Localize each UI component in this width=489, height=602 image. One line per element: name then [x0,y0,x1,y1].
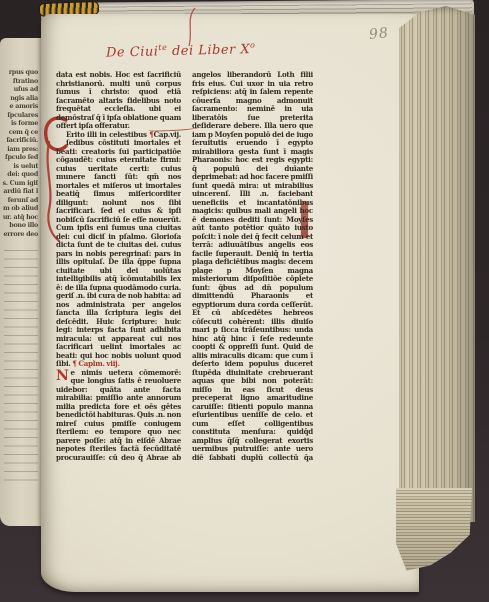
previous-page-text-line: ſacrificiū. [2,136,38,145]
running-title-superscript: o [250,41,256,50]
left-text-column: data est nobis. Hoc est ſacrificiū chris… [56,71,181,462]
previous-page-text-line: iam pres: [2,145,38,154]
previous-page-text-texture [4,250,38,486]
previous-page-sliver: rpus quoſtratinouſus adngis aliae amoris… [0,38,47,526]
previous-page-text-line: ardiū fiat i [2,187,38,196]
previous-page-text-line: errore deo [2,230,38,239]
previous-page-text-line: bono illo [2,221,38,230]
previous-page-text-line: ſpculares [2,111,38,120]
photo-of-incunable-book: rpus quoſtratinouſus adngis aliae amoris… [0,0,489,602]
previous-page-text-fragments: rpus quoſtratinouſus adngis aliae amoris… [2,68,38,248]
previous-page-text-line: uſus ad [2,85,38,94]
fore-edge-page-stack [399,6,475,522]
chapter7-text: ſedibus cōstituti imortales et beati: cr… [56,138,181,368]
initial-m-spacer [56,131,66,148]
previous-page-text-line: s. Cum igiſ [2,179,38,188]
chapter8-continued-paragraph: angelos liberandorū Loth filii fris eius… [192,71,313,462]
previous-page-text-line: m ob aliud [2,204,38,213]
chapter8-paragraph: Ne nimis uetera cōmemorē: que longius ſa… [56,369,181,463]
running-title-part: Liber [198,42,236,58]
chapter8-continued-text: angelos liberandorū Loth filii fris eius… [192,71,313,462]
chapter7-paragraph: Erito illi in celestibus ¶Cap.vij. ſedib… [56,131,181,369]
previous-page-text-line: rpus quo [2,68,38,77]
previous-page-text-line: is uelut [2,162,38,171]
chapter6-text: data est nobis. Hoc est ſacrificiū chris… [56,71,181,130]
chapter6-ending-paragraph: data est nobis. Hoc est ſacrificiū chris… [56,71,181,131]
previous-page-text-line: is forme [2,119,38,128]
folio-number: 98 [368,25,389,43]
right-text-column: angelos liberandorū Loth filii fris eius… [192,71,313,462]
previous-page-text-line: ur. atq̄ hoc [2,213,38,222]
rubric-initial-n: N [56,370,69,383]
fore-edge-bottom-corner [396,488,472,578]
previous-page-text-line: cem q̄ ce [2,128,38,137]
previous-page-text-line: ferunſ ad [2,196,38,205]
previous-page-text-line: ſtratino [2,77,38,86]
running-title-part: X [236,42,251,57]
chapter8-text: e nimis uetera cōmemorē: que longius ſat… [56,368,181,463]
previous-page-text-line: ſpculo ſed [2,153,38,162]
running-title-part: De Ciui [106,44,159,60]
previous-page-text-line: e amoris [2,102,38,111]
previous-page-text-line: dei: quod [2,170,38,179]
running-title-part: dei [167,43,198,59]
previous-page-text-line: ngis alia [2,94,38,103]
